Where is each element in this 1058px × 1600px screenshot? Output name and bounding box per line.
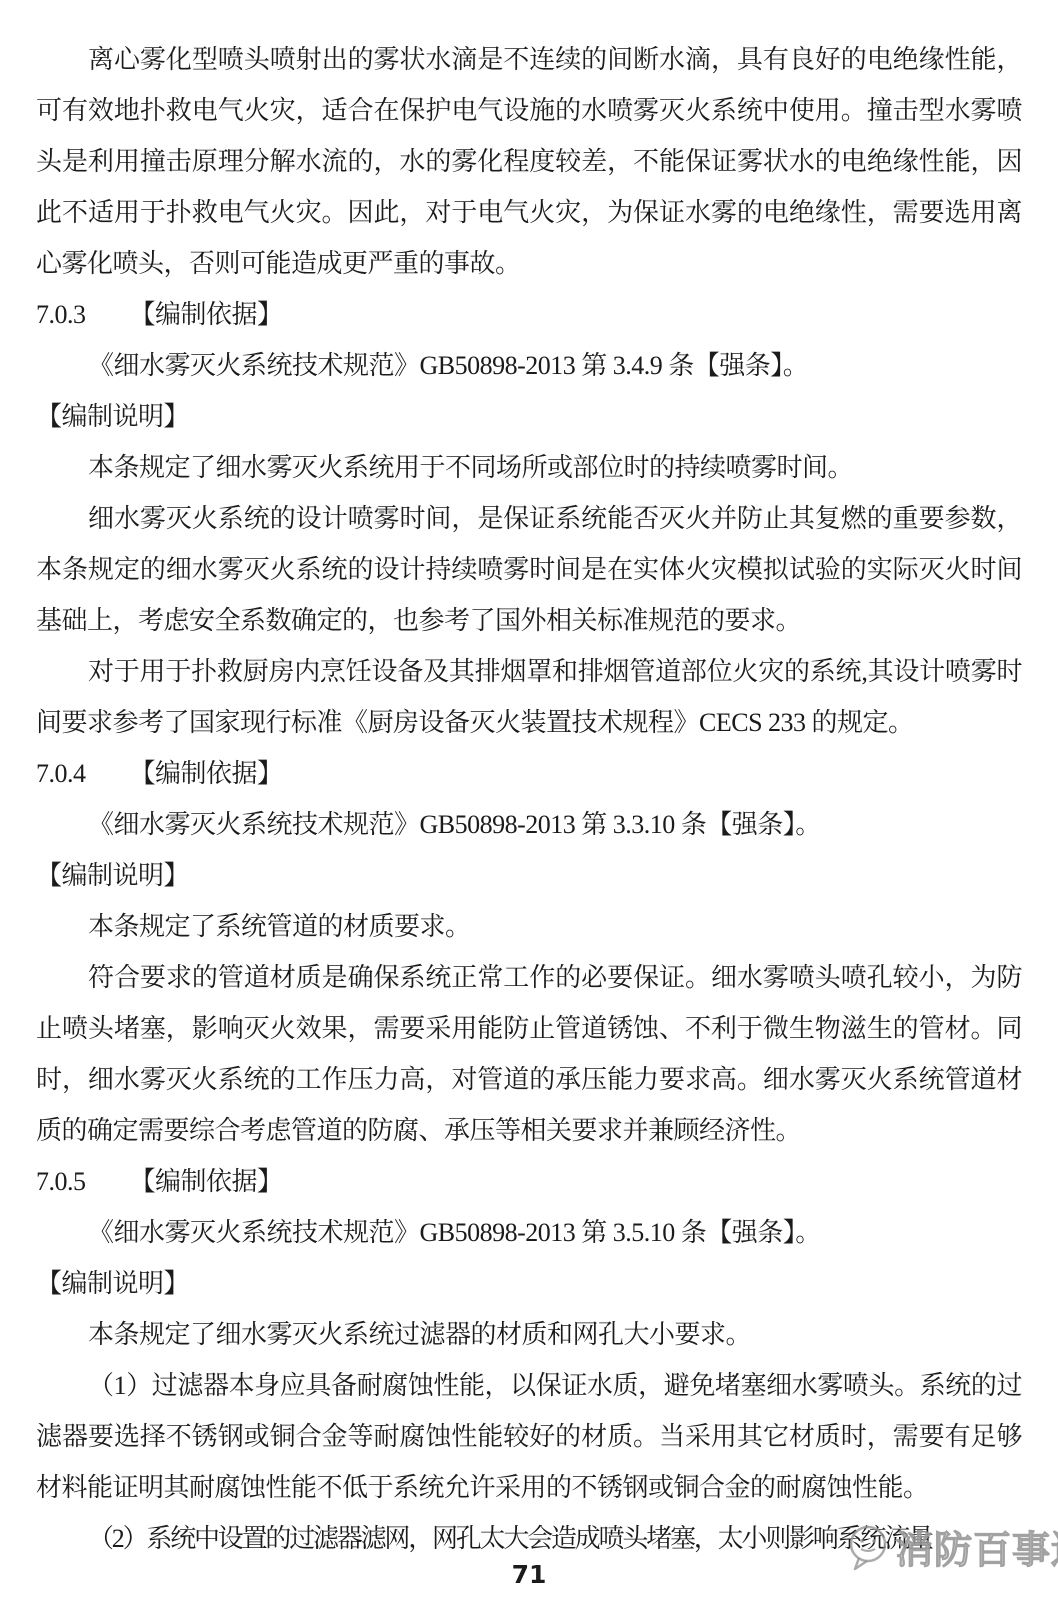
- body-paragraph: （2）系统中设置的过滤器滤网，网孔太大会造成喷头堵塞，太小则影响系统流量: [36, 1513, 1022, 1564]
- reference-line: 《细水雾灭火系统技术规范》GB50898-2013 第 3.4.9 条【强条】。: [36, 340, 1022, 391]
- body-paragraph: （1）过滤器本身应具备耐腐蚀性能，以保证水质，避免堵塞细水雾喷头。系统的过滤器要…: [36, 1360, 1022, 1513]
- section-number: 7.0.4: [36, 748, 86, 799]
- body-paragraph: 符合要求的管道材质是确保系统正常工作的必要保证。细水雾喷头喷孔较小，为防止喷头堵…: [36, 952, 1022, 1156]
- body-paragraph: 本条规定了细水雾灭火系统过滤器的材质和网孔大小要求。: [36, 1309, 1022, 1360]
- body-paragraph: 本条规定了系统管道的材质要求。: [36, 901, 1022, 952]
- page-number: 71: [0, 1560, 1058, 1589]
- subheading-explanation: 【编制说明】: [36, 391, 1022, 442]
- section-label: 【编制依据】: [130, 748, 283, 799]
- body-paragraph: 对于用于扑救厨房内烹饪设备及其排烟罩和排烟管道部位火灾的系统,其设计喷雾时间要求…: [36, 646, 1022, 748]
- reference-line: 《细水雾灭火系统技术规范》GB50898-2013 第 3.5.10 条【强条】…: [36, 1207, 1022, 1258]
- subheading-explanation: 【编制说明】: [36, 850, 1022, 901]
- section-heading-7-0-5: 7.0.5 【编制依据】: [36, 1156, 1022, 1207]
- reference-line: 《细水雾灭火系统技术规范》GB50898-2013 第 3.3.10 条【强条】…: [36, 799, 1022, 850]
- section-heading-7-0-4: 7.0.4 【编制依据】: [36, 748, 1022, 799]
- page: { "document": { "blocks": [ { "type": "p…: [0, 0, 1058, 1600]
- section-heading-7-0-3: 7.0.3 【编制依据】: [36, 289, 1022, 340]
- subheading-explanation: 【编制说明】: [36, 1258, 1022, 1309]
- section-label: 【编制依据】: [130, 289, 283, 340]
- section-number: 7.0.3: [36, 289, 86, 340]
- body-paragraph: 本条规定了细水雾灭火系统用于不同场所或部位时的持续喷雾时间。: [36, 442, 1022, 493]
- body-paragraph: 离心雾化型喷头喷射出的雾状水滴是不连续的间断水滴，具有良好的电绝缘性能，可有效地…: [36, 34, 1022, 289]
- document-body: 离心雾化型喷头喷射出的雾状水滴是不连续的间断水滴，具有良好的电绝缘性能，可有效地…: [36, 34, 1022, 1564]
- section-label: 【编制依据】: [130, 1156, 283, 1207]
- section-number: 7.0.5: [36, 1156, 86, 1207]
- body-paragraph: 细水雾灭火系统的设计喷雾时间，是保证系统能否灭火并防止其复燃的重要参数，本条规定…: [36, 493, 1022, 646]
